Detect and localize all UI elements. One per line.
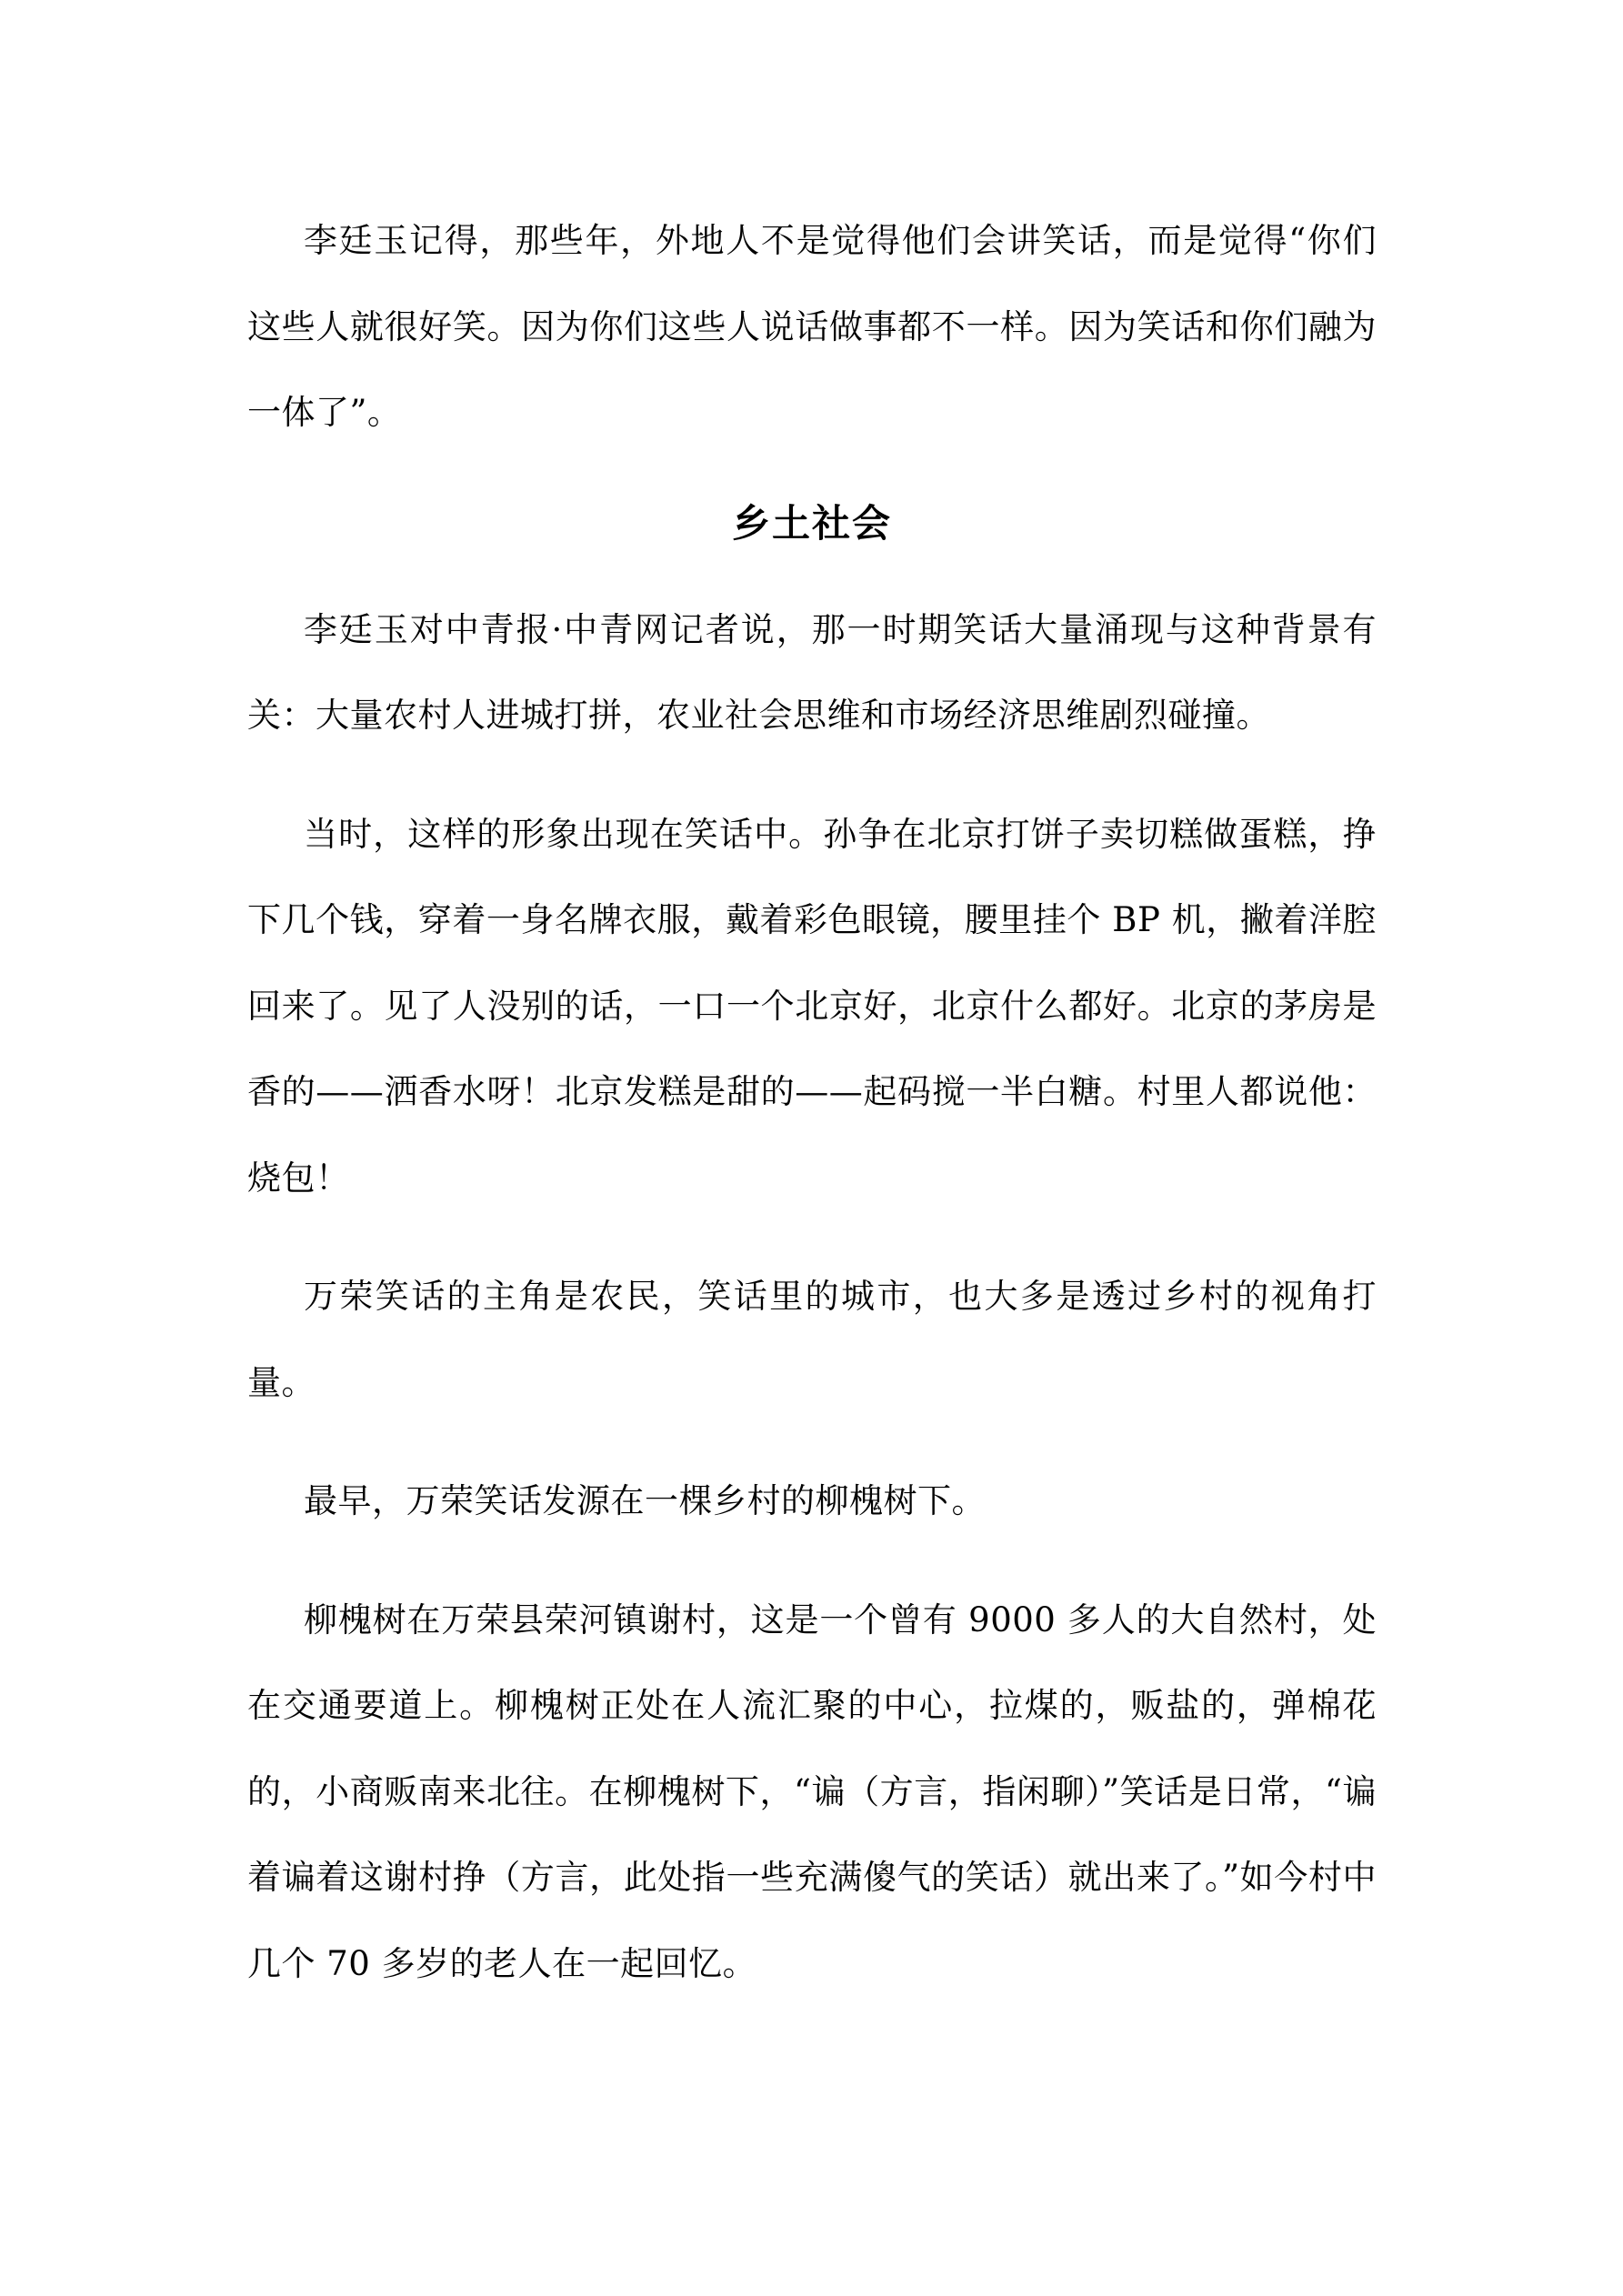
- paragraph-4: 万荣笑话的主角是农民，笑话里的城市，也大多是透过乡村的视角打量。: [247, 1254, 1377, 1426]
- document-page: 李廷玉记得，那些年，外地人不是觉得他们会讲笑话，而是觉得“你们这些人就很好笑。因…: [247, 198, 1377, 2007]
- paragraph-5: 最早，万荣笑话发源在一棵乡村的柳槐树下。: [247, 1459, 1377, 1545]
- paragraph-2: 李廷玉对中青报·中青网记者说，那一时期笑话大量涌现与这种背景有关：大量农村人进城…: [247, 587, 1377, 759]
- paragraph-1: 李廷玉记得，那些年，外地人不是觉得他们会讲笑话，而是觉得“你们这些人就很好笑。因…: [247, 198, 1377, 456]
- paragraph-6: 柳槐树在万荣县荣河镇谢村，这是一个曾有 9000 多人的大自然村，处在交通要道上…: [247, 1578, 1377, 2008]
- section-heading: 乡土社会: [247, 496, 1377, 551]
- paragraph-3: 当时，这样的形象出现在笑话中。孙争在北京打饼子卖切糕做蛋糕，挣下几个钱，穿着一身…: [247, 792, 1377, 1222]
